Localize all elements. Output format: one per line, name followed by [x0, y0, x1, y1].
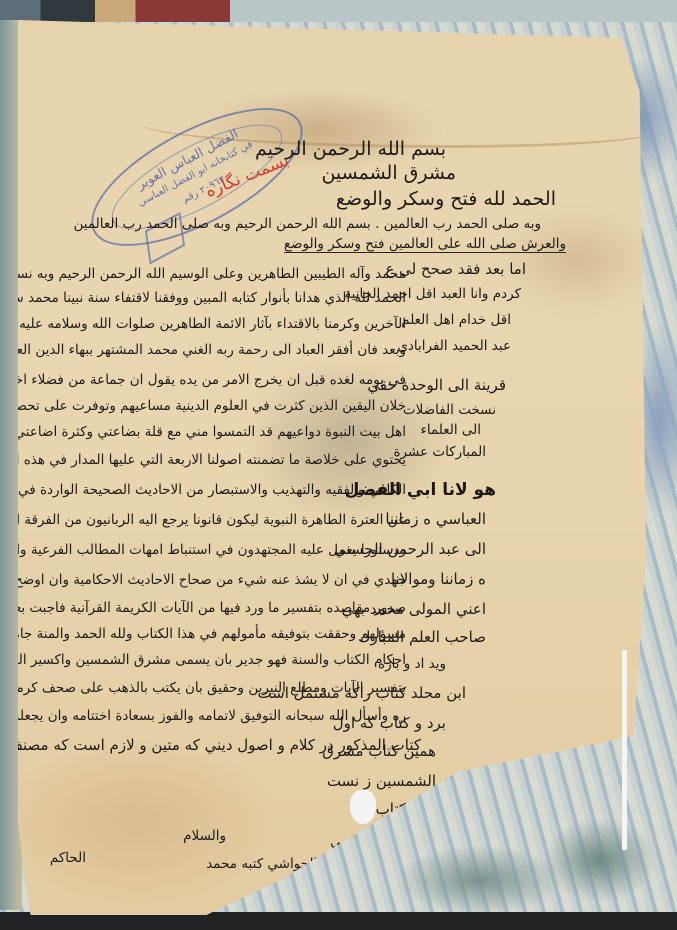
footer-note: الحاكم: [50, 850, 86, 866]
side-note: اعني المولى محمد بهي: [341, 600, 486, 618]
side-note: قرينة الى الوحدة حقي: [367, 376, 506, 394]
body-line: مسؤلهم وحققت بتوفيقه مأمولهم في هذا الكت…: [0, 626, 406, 642]
side-note: اما بعد فقد صحح لي ع: [385, 260, 526, 278]
side-note: المباركات عشرة: [393, 444, 486, 460]
side-note: ابن محلد كتاب راكه مشتمل است: [257, 684, 466, 702]
header-line-3: الحمد لله فتح وسكر والوضع: [336, 188, 556, 210]
title-line: مشرق الشمسين: [321, 162, 456, 184]
body-line: وبعد فان أفقر العباد الى رحمة ربه الغني …: [0, 342, 406, 358]
side-note: الى عبد الرحمن الحسني: [334, 540, 486, 558]
body-line: الآخرين وكرمنا بالاقتداء بآثار الائمة ال…: [0, 316, 406, 332]
footer-note: والسلام: [183, 828, 226, 844]
body-line: محمد وآله الطيبين الطاهرين وعلى الوسيم ا…: [0, 266, 406, 282]
body-line: اهل بيت النبوة دواعيهم قد التمسوا مني مع…: [0, 424, 406, 440]
body-line: يحتوي على خلاصة ما تضمنته اصولنا الاربعة…: [0, 452, 406, 468]
side-note: العباسي ه زماننا: [385, 510, 486, 528]
side-note: الشمسين ز نست: [327, 772, 436, 790]
basmala-line: بسم الله الرحمن الرحيم: [255, 138, 446, 160]
header-line-5: والعرش صلى الله على العالمين فتح وسكر وا…: [284, 236, 566, 253]
side-note: اقل خدام اهل العلم: [401, 312, 511, 328]
header-line-4: وبه صلى الحمد رب العالمين . بسم الله الر…: [74, 216, 542, 232]
side-note: عبد الحميد الفرابادي: [397, 338, 511, 354]
side-note: هو لانا ابي الفضل: [345, 480, 496, 500]
side-note: صاحب العلم المبارك: [358, 628, 486, 646]
body-line: في يومه لغده قبل ان يخرج الامر من يده يق…: [0, 372, 406, 388]
side-note: ه زماننا وموالانا: [391, 570, 486, 588]
paper-edge-gap: [622, 650, 627, 850]
side-note: كردم وانا العبد اقل احمد الجانية: [344, 286, 521, 302]
body-line: احكام الكتاب والسنة فهو جدير بان يسمى مش…: [0, 652, 406, 668]
binding-top-edge: [0, 0, 677, 22]
body-line: خلان اليقين الذين كثرت في العلوم الدينية…: [1, 398, 406, 414]
side-note: نسخت الفاضلات: [403, 402, 496, 418]
side-note: همين كتاب مشرق: [322, 742, 436, 760]
paper-hole: [350, 790, 376, 824]
side-note: برد و كتاب كه اول: [333, 714, 446, 732]
side-note: الى العلماء: [420, 422, 481, 438]
body-line: جهدي في ان لا يشذ عنه شيء من صحاح الاحاد…: [14, 572, 406, 588]
side-note: ويد اد و باره: [378, 656, 446, 672]
body-line: عن العترة الطاهرة النبوية ليكون قانونا ي…: [0, 512, 406, 528]
